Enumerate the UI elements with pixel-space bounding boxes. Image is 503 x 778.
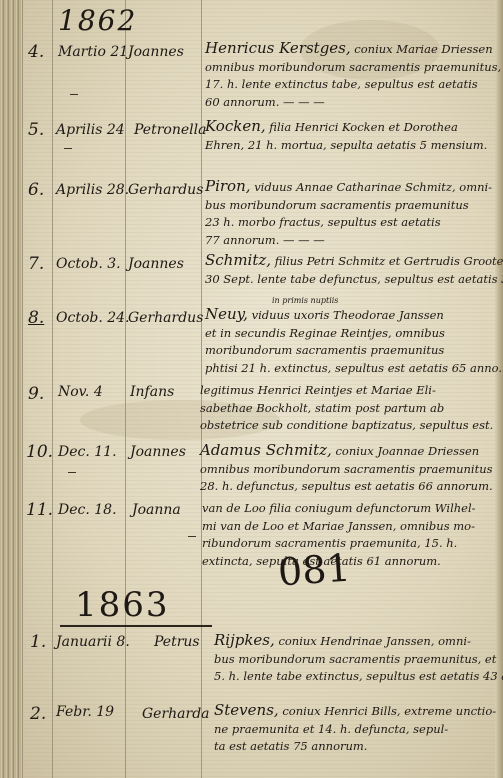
entry-line: coniux Hendrinae Janssen, omni- (278, 634, 471, 648)
year-heading-1862: 1862 (58, 4, 137, 37)
entry-line: Ehren, 21 h. mortua, sepulta aetatis 5 m… (205, 138, 487, 152)
entry-date: Dec. 18. (58, 502, 117, 518)
entry-number: 6. (28, 180, 44, 200)
entry-line: 30 Sept. lente tabe defunctus, sepultus … (205, 272, 503, 286)
year-heading-1863: 1863 (75, 585, 170, 625)
entry-given-name: Joannes (128, 256, 184, 272)
interlinear-note: in primis nuptiis (272, 296, 338, 305)
entry-line: 28. h. defunctus, sepultus est aetatis 6… (200, 479, 493, 493)
entry-date: Octob. 24. (56, 310, 130, 326)
entry-given-name: Joanna (132, 502, 181, 518)
entry-line: sabethae Bockholt, statim post partum ab (200, 401, 444, 415)
entry-surname: van de Loo (202, 501, 266, 515)
entry-given-name: Gerharda (142, 706, 210, 722)
entry-surname: Henricus Kerstges, (205, 39, 351, 57)
filler-dash (64, 148, 72, 149)
entry-date: Febr. 19 (56, 704, 114, 720)
entry-date: Nov. 4 (58, 384, 103, 400)
entry-line: coniux Joannae Driessen (335, 444, 479, 458)
entry-line: coniux Mariae Driessen (354, 42, 492, 56)
entry-line: mi van de Loo et Mariae Janssen, omnibus… (202, 519, 475, 533)
entry-line: et Mariae Eli- (356, 383, 436, 397)
entry-text: Kocken, filia Henrici Kocken et Dorothea… (205, 118, 487, 154)
entry-text: Henricus Kerstges, coniux Mariae Driesse… (205, 40, 501, 111)
entry-line: viduus Annae Catharinae Schmitz, omni- (254, 180, 492, 194)
entry-line: moribundorum sacramentis praemunitus (205, 343, 444, 357)
entry-number: 8. (28, 308, 44, 328)
entry-given-name: Petronella (134, 122, 206, 138)
entry-line: 17. h. lente extinctus tabe, sepultus es… (205, 77, 478, 91)
entry-given-name: Infans (130, 384, 174, 400)
entry-line: 23 h. morbo fractus, sepultus est aetati… (205, 215, 441, 229)
entry-line: viduus uxoris Theodorae Janssen (252, 308, 444, 322)
entry-date: Martio 21. (58, 44, 133, 60)
entry-surname: Neuy, (205, 305, 248, 323)
entry-line: 77 annorum. — — — (205, 233, 325, 247)
entry-given-name: Joannes (128, 44, 184, 60)
entry-line: filius Petri Schmitz et Gertrudis Groote… (275, 254, 503, 268)
entry-date: Dec. 11. (58, 444, 117, 460)
entry-text: Piron, viduus Annae Catharinae Schmitz, … (205, 178, 492, 249)
entry-line: filia Henrici Kocken et Dorothea (269, 120, 458, 134)
entry-number: 9. (28, 384, 44, 404)
entry-line: filia coniugum defunctorum Wilhel- (269, 501, 475, 515)
entry-number: 2. (30, 704, 46, 724)
entry-text: Neuy, viduus uxoris Theodorae Janssen et… (205, 306, 502, 377)
entry-surname: legitimus Henrici Reintjes (200, 383, 352, 397)
entry-surname: Piron, (205, 177, 251, 195)
entry-line: obstetrice sub conditione baptizatus, se… (200, 418, 493, 432)
entry-surname: Stevens, (214, 701, 279, 719)
column-rule-number (52, 0, 53, 778)
entry-number: 11. (26, 500, 53, 520)
year-underline (60, 625, 212, 627)
entry-date: Aprilis 24 (56, 122, 125, 138)
entry-text: legitimus Henrici Reintjes et Mariae Eli… (200, 382, 493, 435)
entry-surname: Schmitz, (205, 251, 271, 269)
entry-date: Aprilis 28. (56, 182, 129, 198)
column-rule-date (125, 0, 126, 778)
entry-line: 5. h. lente tabe extinctus, sepultus est… (214, 669, 503, 683)
entry-line: ta est aetatis 75 annorum. (214, 739, 367, 753)
entry-line: bus moribundorum sacramentis praemunitus (205, 198, 469, 212)
entry-text: Stevens, coniux Henrici Bills, extreme u… (214, 702, 496, 756)
entry-number: 7. (28, 254, 44, 274)
entry-given-name: Joannes (130, 444, 186, 460)
entry-line: ne praemunita et 14. h. defuncta, sepul- (214, 722, 448, 736)
entry-surname: Kocken, (205, 117, 266, 135)
folio-number: 081 (277, 546, 352, 595)
entry-given-name: Petrus (154, 634, 200, 650)
entry-line: et in secundis Reginae Reintjes, omnibus (205, 326, 445, 340)
entry-line: bus moribundorum sacramentis praemunitus… (214, 652, 496, 666)
filler-dash (188, 536, 196, 537)
entry-surname: Adamus Schmitz, (200, 441, 332, 459)
register-page: 1862 4. Martio 21. Joannes Henricus Kers… (0, 0, 503, 778)
book-binding-edge (0, 0, 22, 778)
entry-surname: Rijpkes, (214, 631, 275, 649)
entry-text: Adamus Schmitz, coniux Joannae Driessen … (200, 442, 493, 496)
entry-line: phtisi 21 h. extinctus, sepultus est aet… (205, 361, 502, 375)
entry-line: coniux Henrici Bills, extreme unctio- (282, 704, 496, 718)
entry-number: 10. (26, 442, 53, 462)
entry-given-name: Gerhardus (128, 310, 203, 326)
filler-dash (68, 472, 76, 473)
margin-rule (22, 0, 23, 778)
entry-line: omnibus moribundorum sacramentis praemun… (200, 462, 493, 476)
entry-number: 1. (30, 632, 46, 652)
entry-date: Januarii 8. (56, 634, 130, 650)
entry-given-name: Gerhardus (128, 182, 203, 198)
entry-text: Rijpkes, coniux Hendrinae Janssen, omni-… (214, 632, 503, 686)
entry-line: omnibus moribundorum sacramentis praemun… (205, 60, 501, 74)
entry-number: 5. (28, 120, 44, 140)
entry-number: 4. (28, 42, 44, 62)
filler-dash (70, 94, 78, 95)
entry-date: Octob. 3. (56, 256, 121, 272)
entry-line: 60 annorum. — — — (205, 95, 325, 109)
entry-text: Schmitz, filius Petri Schmitz et Gertrud… (205, 252, 503, 288)
